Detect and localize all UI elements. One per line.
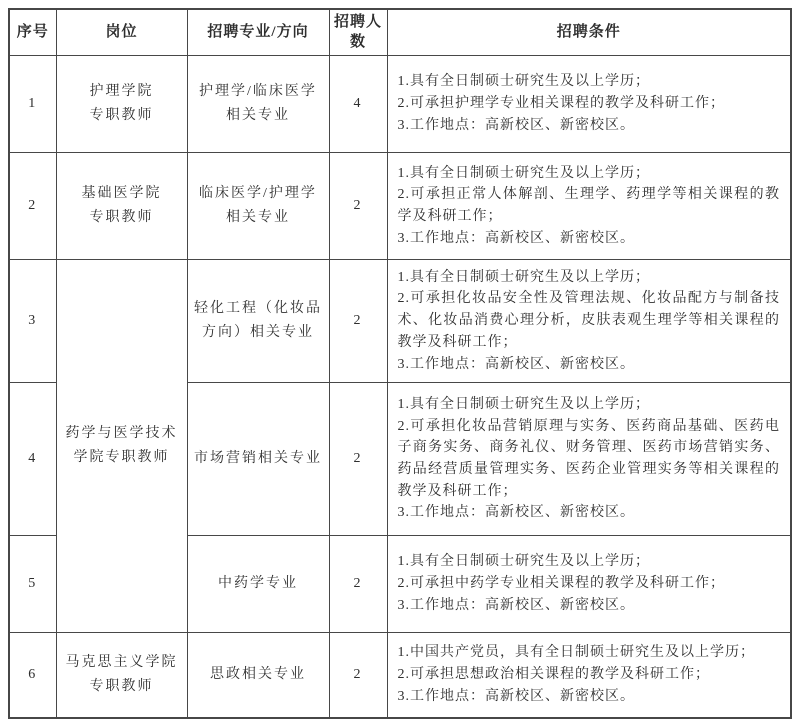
position-cell: 基础医学院 专职教师	[56, 153, 187, 260]
conditions-cell: 1.具有全日制硕士研究生及以上学历； 2.可承担正常人体解剖、生理学、药理学等相…	[387, 153, 791, 260]
recruitment-table: 序号 岗位 招聘专业/方向 招聘人数 招聘条件 1 护理学院 专职教师 护理学/…	[8, 8, 792, 719]
table-row: 6 马克思主义学院 专职教师 思政相关专业 2 1.中国共产党员，具有全日制硕士…	[9, 633, 791, 718]
position-cell: 护理学院 专职教师	[56, 56, 187, 153]
condition-item: 1.具有全日制硕士研究生及以上学历；	[398, 71, 781, 93]
condition-item: 3.工作地点：高新校区、新密校区。	[398, 595, 781, 617]
condition-item: 1.具有全日制硕士研究生及以上学历；	[398, 163, 781, 185]
row-number: 4	[9, 383, 56, 536]
condition-item: 2.可承担中药学专业相关课程的教学及科研工作；	[398, 573, 781, 595]
row-number: 5	[9, 536, 56, 633]
condition-item: 3.工作地点：高新校区、新密校区。	[398, 115, 781, 137]
major-cell: 中药学专业	[187, 536, 329, 633]
page-container: 序号 岗位 招聘专业/方向 招聘人数 招聘条件 1 护理学院 专职教师 护理学/…	[0, 0, 800, 719]
major-cell: 市场营销相关专业	[187, 383, 329, 536]
count-cell: 2	[329, 260, 387, 383]
row-number: 3	[9, 260, 56, 383]
row-number: 1	[9, 56, 56, 153]
condition-item: 2.可承担护理学专业相关课程的教学及科研工作；	[398, 93, 781, 115]
major-cell: 临床医学/护理学 相关专业	[187, 153, 329, 260]
position-cell-merged: 药学与医学技术 学院专职教师	[56, 260, 187, 633]
condition-item: 2.可承担思想政治相关课程的教学及科研工作；	[398, 664, 781, 686]
header-conditions: 招聘条件	[387, 9, 791, 56]
count-cell: 2	[329, 536, 387, 633]
condition-item: 1.具有全日制硕士研究生及以上学历；	[398, 551, 781, 573]
condition-item: 2.可承担化妆品安全性及管理法规、化妆品配方与制备技术、化妆品消费心理分析，皮肤…	[398, 288, 781, 353]
conditions-cell: 1.中国共产党员，具有全日制硕士研究生及以上学历； 2.可承担思想政治相关课程的…	[387, 633, 791, 718]
header-major: 招聘专业/方向	[187, 9, 329, 56]
major-cell: 思政相关专业	[187, 633, 329, 718]
row-number: 6	[9, 633, 56, 718]
row-number: 2	[9, 153, 56, 260]
condition-item: 1.具有全日制硕士研究生及以上学历；	[398, 267, 781, 289]
table-row: 3 药学与医学技术 学院专职教师 轻化工程（化妆品 方向）相关专业 2 1.具有…	[9, 260, 791, 383]
count-cell: 4	[329, 56, 387, 153]
condition-item: 2.可承担化妆品营销原理与实务、医药商品基础、医药电子商务实务、商务礼仪、财务管…	[398, 416, 781, 503]
header-no: 序号	[9, 9, 56, 56]
count-cell: 2	[329, 383, 387, 536]
condition-item: 2.可承担正常人体解剖、生理学、药理学等相关课程的教学及科研工作；	[398, 184, 781, 227]
major-cell: 护理学/临床医学 相关专业	[187, 56, 329, 153]
count-cell: 2	[329, 633, 387, 718]
condition-item: 3.工作地点：高新校区、新密校区。	[398, 686, 781, 708]
header-count: 招聘人数	[329, 9, 387, 56]
header-row: 序号 岗位 招聘专业/方向 招聘人数 招聘条件	[9, 9, 791, 56]
header-position: 岗位	[56, 9, 187, 56]
conditions-cell: 1.具有全日制硕士研究生及以上学历； 2.可承担中药学专业相关课程的教学及科研工…	[387, 536, 791, 633]
condition-item: 3.工作地点：高新校区、新密校区。	[398, 354, 781, 376]
count-cell: 2	[329, 153, 387, 260]
condition-item: 3.工作地点：高新校区、新密校区。	[398, 502, 781, 524]
conditions-cell: 1.具有全日制硕士研究生及以上学历； 2.可承担化妆品营销原理与实务、医药商品基…	[387, 383, 791, 536]
position-cell: 马克思主义学院 专职教师	[56, 633, 187, 718]
condition-item: 1.具有全日制硕士研究生及以上学历；	[398, 394, 781, 416]
conditions-cell: 1.具有全日制硕士研究生及以上学历； 2.可承担化妆品安全性及管理法规、化妆品配…	[387, 260, 791, 383]
conditions-cell: 1.具有全日制硕士研究生及以上学历； 2.可承担护理学专业相关课程的教学及科研工…	[387, 56, 791, 153]
major-cell: 轻化工程（化妆品 方向）相关专业	[187, 260, 329, 383]
condition-item: 3.工作地点：高新校区、新密校区。	[398, 228, 781, 250]
table-row: 2 基础医学院 专职教师 临床医学/护理学 相关专业 2 1.具有全日制硕士研究…	[9, 153, 791, 260]
table-row: 1 护理学院 专职教师 护理学/临床医学 相关专业 4 1.具有全日制硕士研究生…	[9, 56, 791, 153]
condition-item: 1.中国共产党员，具有全日制硕士研究生及以上学历；	[398, 642, 781, 664]
